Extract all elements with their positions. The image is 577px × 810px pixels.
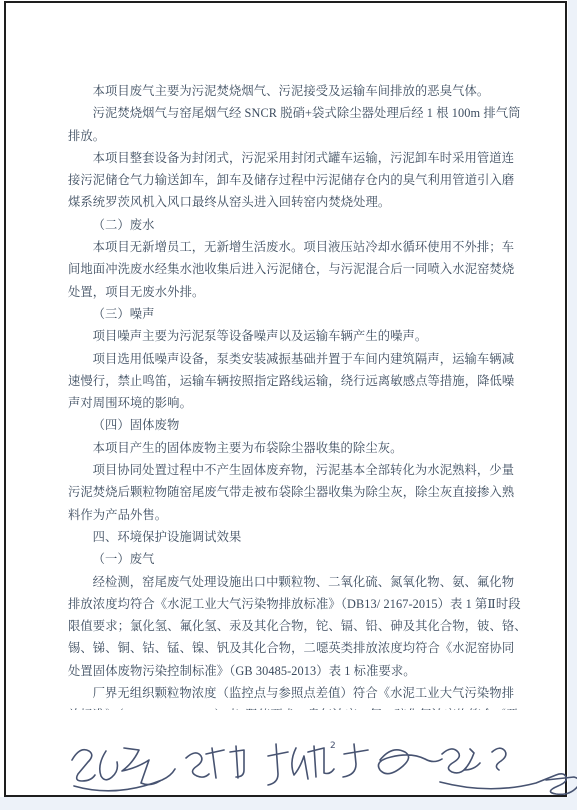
- text-line-14: 速慢行，禁止鸣笛，运输车辆按照指定路线运输，绕行远离敏感点等措施，降低噪: [68, 370, 528, 392]
- text-line-3: 排放。: [68, 125, 528, 147]
- text-line-9: 间地面冲洗废水经集水池收集后进入污泥储仓，与污泥混合后一同喷入水泥窑焚烧: [68, 258, 528, 280]
- text-line-19: 污泥焚烧后颗粒物随窑尾废气带走被布袋除尘器收集为除尘灰，除尘灰直接掺入熟: [68, 481, 528, 503]
- text-line-2: 污泥焚烧烟气与窑尾烟气经 SNCR 脱硝+袋式除尘器处理后经 1 根 100m …: [68, 102, 528, 124]
- text-line-21: 四、环境保护设施调试效果: [68, 526, 528, 548]
- text-line-12: 项目噪声主要为污泥泵等设备噪声以及运输车辆产生的噪声。: [68, 325, 528, 347]
- scanned-page: 本项目废气主要为污泥焚烧烟气、污泥接受及运输车间排放的恶臭气体。污泥焚烧烟气与窑…: [0, 0, 577, 810]
- text-line-27: 处置固体废物污染控制标准》（GB 30485-2013）表 1 标准要求。: [68, 660, 528, 682]
- text-line-18: 项目协同处置过程中不产生固体废弃物，污泥基本全部转化为水泥熟料，少量: [68, 459, 528, 481]
- signature-1: [72, 748, 175, 791]
- signature-4: [343, 744, 442, 777]
- text-line-25: 限值要求；氯化氢、氟化氢、汞及其化合物，铊、镉、铅、砷及其化合物，铍、铬、: [68, 615, 528, 637]
- text-line-10: 处置，项目无废水外排。: [68, 281, 528, 303]
- signature-3: 2: [268, 741, 336, 785]
- signature-2: [186, 746, 244, 778]
- text-line-22: （一）废气: [68, 548, 528, 570]
- signature-superscript: 2: [330, 741, 336, 751]
- text-line-4: 本项目整套设备为封闭式，污泥采用封闭式罐车运输，污泥卸车时采用管道连: [68, 147, 528, 169]
- text-line-28: 厂界无组织颗粒物浓度（监控点与参照点差值）符合《水泥工业大气污染物排: [68, 682, 528, 704]
- text-line-20: 料作为产品外售。: [68, 504, 528, 526]
- signatures-image: 2: [0, 736, 577, 800]
- text-line-17: 本项目产生的固体废物主要为布袋除尘器收集的除尘灰。: [68, 437, 528, 459]
- document-body: 本项目废气主要为污泥焚烧烟气、污泥接受及运输车间排放的恶臭气体。污泥焚烧烟气与窑…: [68, 80, 528, 710]
- text-line-11: （三）噪声: [68, 303, 528, 325]
- text-line-29: 放标准》（DB13/ 2167-2015）表2限值要求；臭气浓度、氨、硫化氢浓度…: [68, 704, 528, 710]
- text-line-23: 经检测，窑尾废气处理设施出口中颗粒物、二氧化硫、氮氧化物、氨、氟化物: [68, 571, 528, 593]
- text-line-7: （二）废水: [68, 214, 528, 236]
- text-line-24: 排放浓度均符合《水泥工业大气污染物排放标准》（DB13/ 2167-2015）表…: [68, 593, 528, 615]
- text-line-13: 项目选用低噪声设备，泵类安装减振基础并置于车间内建筑隔声，运输车辆减: [68, 348, 528, 370]
- text-line-16: （四）固体废物: [68, 414, 528, 436]
- text-line-5: 接污泥储仓气力输送卸车，卸车及储存过程中污泥储存仓内的臭气利用管道引入磨: [68, 169, 528, 191]
- text-line-6: 煤系统罗茨风机入风口最终从窑头进入回转窑内焚烧处理。: [68, 191, 528, 213]
- signature-row: 2: [0, 736, 577, 800]
- text-line-1: 本项目废气主要为污泥焚烧烟气、污泥接受及运输车间排放的恶臭气体。: [68, 80, 528, 102]
- text-line-26: 锡、锑、铜、钴、锰、镍、钒及其化合物，二噁英类排放浓度均符合《水泥窑协同: [68, 637, 528, 659]
- text-line-15: 声对周围环境的影响。: [68, 392, 528, 414]
- text-line-8: 本项目无新增员工，无新增生活废水。项目液压站冷却水循环使用不外排；车: [68, 236, 528, 258]
- signature-5: [440, 748, 577, 794]
